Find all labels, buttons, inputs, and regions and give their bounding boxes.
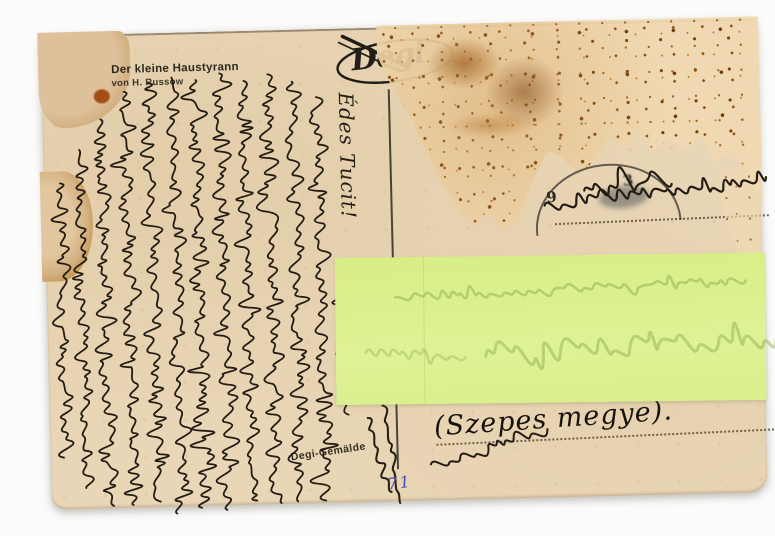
sticky-note-cover (335, 253, 767, 405)
note-crease (423, 257, 426, 404)
handwriting-column (7, 183, 66, 448)
handwriting-column (259, 97, 326, 496)
photo-background: Der kleine Haustyrann von H. Russow Degi… (0, 0, 775, 536)
handwriting-column (138, 80, 205, 507)
catalog-number-blue-pen: 71 (386, 472, 413, 494)
handwriting-column (91, 83, 158, 508)
handwriting-column (162, 73, 230, 506)
postcard-back: Der kleine Haustyrann von H. Russow Degi… (40, 18, 767, 509)
message-greeting: Édes Tucit! (334, 92, 361, 219)
handwriting-column (26, 150, 87, 487)
ghost-handwriting (395, 281, 743, 346)
handwriting-column (114, 78, 181, 509)
pen-flourish (329, 418, 391, 505)
handwriting-column (43, 119, 109, 504)
handwriting-column (235, 82, 302, 501)
handwriting-column (210, 74, 277, 503)
pen-flourish (431, 431, 565, 512)
handwriting-column (186, 81, 253, 506)
handwriting-column (67, 92, 134, 503)
